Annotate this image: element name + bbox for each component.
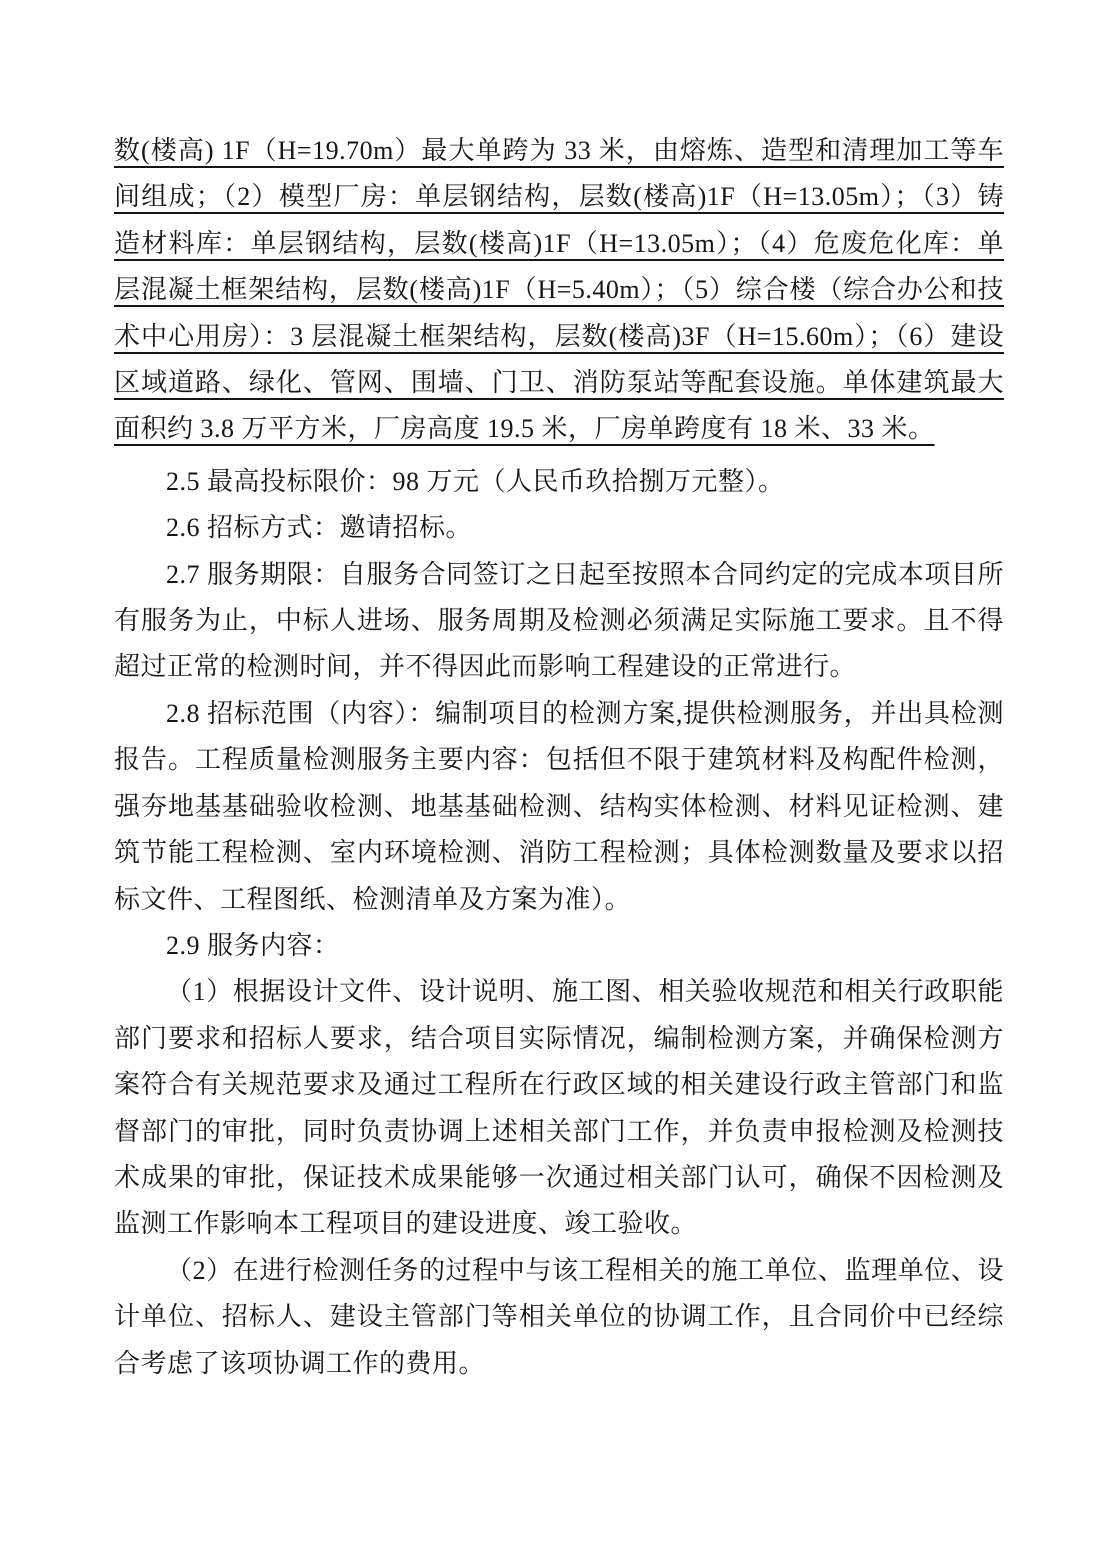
paragraph-service-item-2-coordination: （2）在进行检测任务的过程中与该工程相关的施工单位、监理单位、设计单位、招标人、… (114, 1248, 1004, 1387)
document-body: 数(楼高) 1F（H=19.70m）最大单跨为 33 米，由熔炼、造型和清理加工… (114, 128, 1004, 1387)
paragraph-clause-2-7-service-period: 2.7 服务期限：自服务合同签订之日起至按照本合同约定的完成本项目所有服务为止，… (114, 552, 1004, 691)
paragraph-building-description: 数(楼高) 1F（H=19.70m）最大单跨为 33 米，由熔炼、造型和清理加工… (114, 128, 1004, 453)
paragraph-clause-2-9-service-content-heading: 2.9 服务内容： (114, 923, 1004, 969)
paragraph-service-item-1-detection-plan: （1）根据设计文件、设计说明、施工图、相关验收规范和相关行政职能部门要求和招标人… (114, 969, 1004, 1247)
paragraph-clause-2-8-tender-scope: 2.8 招标范围（内容）：编制项目的检测方案,提供检测服务，并出具检测报告。工程… (114, 691, 1004, 923)
document-page: 数(楼高) 1F（H=19.70m）最大单跨为 33 米，由熔炼、造型和清理加工… (0, 0, 1102, 1559)
paragraph-clause-2-5-max-bid-price: 2.5 最高投标限价：98 万元（人民币玖拾捌万元整）。 (114, 459, 1004, 505)
paragraph-clause-2-6-tender-method: 2.6 招标方式：邀请招标。 (114, 505, 1004, 551)
